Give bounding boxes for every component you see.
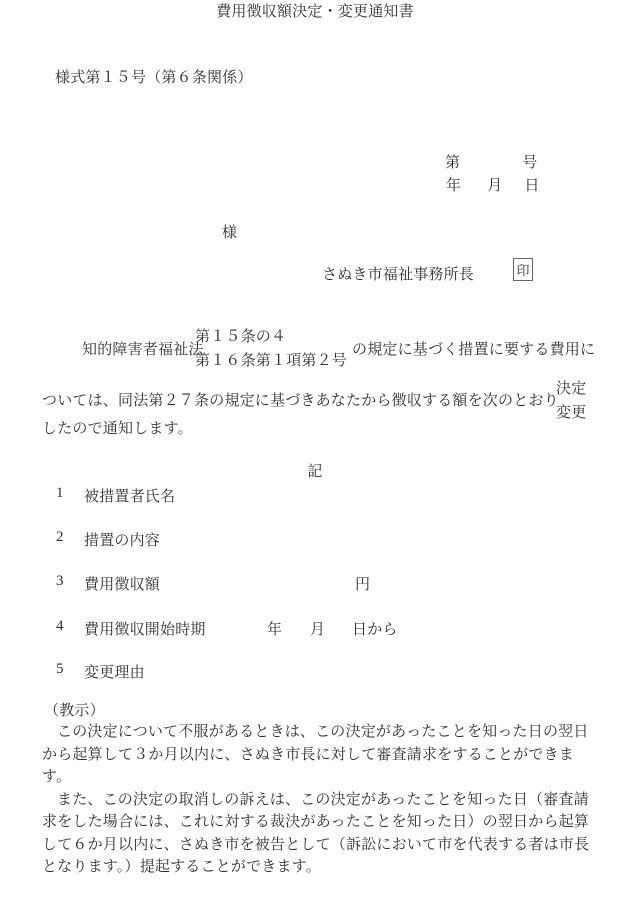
decision-option-decide: 決定: [556, 377, 586, 398]
doc-number-suffix: 号: [522, 155, 537, 171]
item-label: 被措置者氏名: [84, 485, 175, 506]
record-item-4: 4 費用徴収開始時期 年 月 日から: [0, 618, 630, 638]
doc-number-prefix: 第: [445, 155, 460, 171]
item-number: 1: [56, 485, 64, 502]
start-year-label: 年: [267, 618, 282, 639]
record-item-1: 1 被措置者氏名: [0, 485, 630, 505]
doc-number-line: 第号: [445, 151, 537, 172]
document-page: 様式第１５号（第６条関係） 費用徴収額決定・変更通知書 第号 年月日 様 さぬき…: [0, 0, 630, 915]
sender-name: さぬき市福祉事務所長: [322, 263, 474, 284]
record-item-5: 5 変更理由: [0, 661, 630, 681]
law-name: 知的障害者福祉法: [82, 338, 204, 359]
body-line-2: ついては、同法第２７条の規定に基づきあなたから徴収する額を次のとおり: [42, 389, 559, 410]
item-number: 5: [56, 661, 64, 678]
date-line: 年月日: [446, 174, 540, 195]
document-title: 費用徴収額決定・変更通知書: [0, 0, 630, 21]
item-number: 2: [56, 529, 64, 546]
seal-mark: 印: [516, 260, 529, 279]
item-label: 変更理由: [84, 661, 145, 682]
date-month-label: 月: [487, 178, 502, 194]
law-clause-2: 第１６条第１項第２号: [195, 349, 347, 370]
after-clauses-text: の規定に基づく措置に要する費用に: [352, 338, 595, 359]
date-year-label: 年: [446, 178, 461, 194]
record-item-2: 2 措置の内容: [0, 529, 630, 549]
body-line-3: したので通知します。: [42, 417, 193, 438]
decision-option-change: 変更: [556, 401, 586, 422]
notice-paragraph-2: また、この決定の取消しの訴えは、この決定があったことを知った日（審査請求をした場…: [42, 789, 590, 879]
item-number: 4: [56, 618, 64, 635]
date-day-label: 日: [524, 178, 539, 194]
record-heading: 記: [0, 460, 630, 481]
item-label: 費用徴収額: [84, 573, 160, 594]
record-item-3: 3 費用徴収額 円: [0, 573, 630, 593]
start-month-label: 月: [310, 618, 325, 639]
item-label: 費用徴収開始時期: [84, 618, 206, 639]
notice-heading: （教示）: [44, 699, 105, 720]
notice-body: この決定について不服があるときは、この決定があったことを知った日の翌日から起算し…: [42, 721, 590, 879]
addressee-suffix: 様: [222, 221, 237, 242]
item-number: 3: [56, 573, 64, 590]
law-clause-1: 第１５条の４: [195, 325, 286, 346]
start-day-label: 日から: [352, 618, 398, 639]
notice-paragraph-1: この決定について不服があるときは、この決定があったことを知った日の翌日から起算し…: [42, 721, 590, 789]
form-number: 様式第１５号（第６条関係）: [55, 66, 253, 87]
seal-box: 印: [513, 258, 533, 281]
item-label: 措置の内容: [84, 529, 160, 550]
item-unit-yen: 円: [355, 573, 370, 594]
